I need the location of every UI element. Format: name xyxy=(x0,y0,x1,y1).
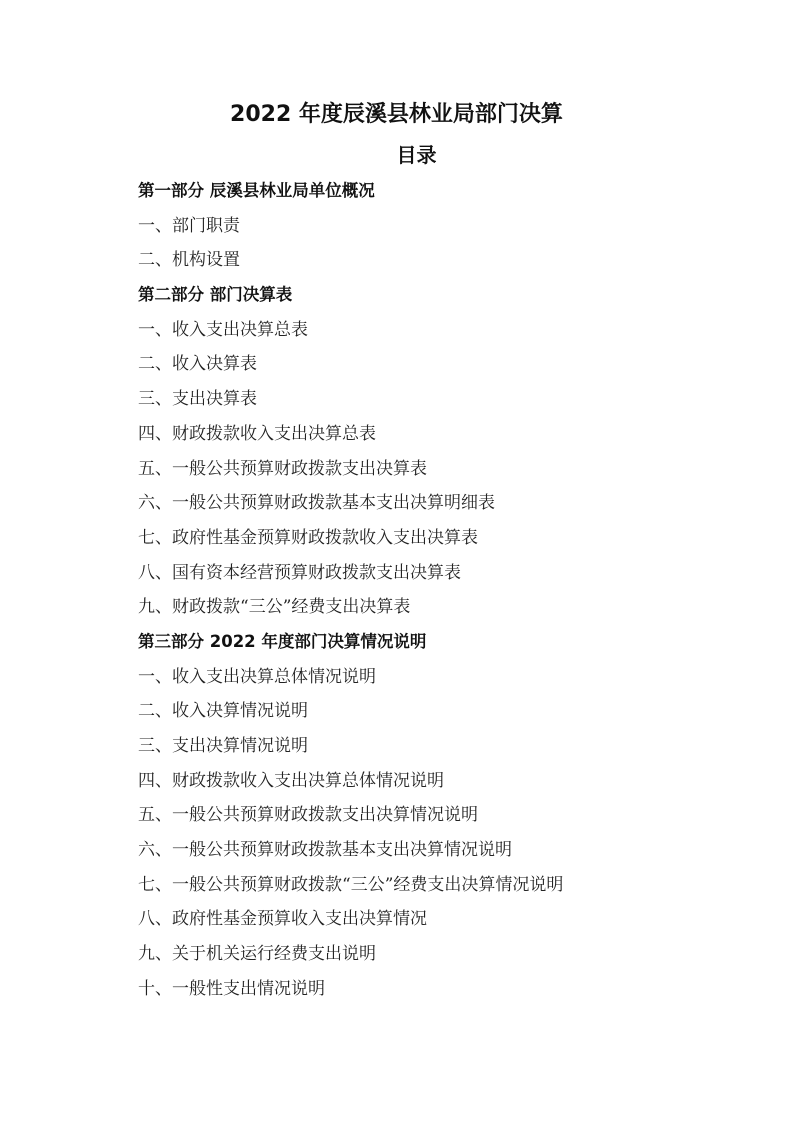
document-page: 2022 年度辰溪县林业局部门决算 目录 第一部分 辰溪县林业局单位概况 一、部… xyxy=(0,0,793,1122)
toc-item[interactable]: 一、部门职责 xyxy=(138,209,758,244)
toc-part-1-heading[interactable]: 第一部分 辰溪县林业局单位概况 xyxy=(138,174,758,209)
toc-item[interactable]: 五、一般公共预算财政拨款支出决算情况说明 xyxy=(138,798,758,833)
table-of-contents: 第一部分 辰溪县林业局单位概况 一、部门职责 二、机构设置 第二部分 部门决算表… xyxy=(138,174,758,1007)
toc-item[interactable]: 七、政府性基金预算财政拨款收入支出决算表 xyxy=(138,521,758,556)
toc-part-3-heading[interactable]: 第三部分 2022 年度部门决算情况说明 xyxy=(138,625,758,660)
toc-item[interactable]: 三、支出决算表 xyxy=(138,382,758,417)
toc-item[interactable]: 九、财政拨款“三公”经费支出决算表 xyxy=(138,590,758,625)
toc-item[interactable]: 二、收入决算情况说明 xyxy=(138,694,758,729)
toc-item[interactable]: 六、一般公共预算财政拨款基本支出决算明细表 xyxy=(138,486,758,521)
toc-item[interactable]: 一、收入支出决算总表 xyxy=(138,313,758,348)
toc-heading: 目录 xyxy=(0,140,793,170)
toc-item[interactable]: 九、关于机关运行经费支出说明 xyxy=(138,937,758,972)
toc-item[interactable]: 四、财政拨款收入支出决算总表 xyxy=(138,417,758,452)
toc-item[interactable]: 六、一般公共预算财政拨款基本支出决算情况说明 xyxy=(138,833,758,868)
toc-item[interactable]: 三、支出决算情况说明 xyxy=(138,729,758,764)
document-title: 2022 年度辰溪县林业局部门决算 xyxy=(0,100,793,130)
toc-item[interactable]: 十、一般性支出情况说明 xyxy=(138,972,758,1007)
toc-item[interactable]: 一、收入支出决算总体情况说明 xyxy=(138,660,758,695)
toc-item[interactable]: 二、机构设置 xyxy=(138,243,758,278)
toc-item[interactable]: 四、财政拨款收入支出决算总体情况说明 xyxy=(138,764,758,799)
toc-item[interactable]: 八、国有资本经营预算财政拨款支出决算表 xyxy=(138,556,758,591)
toc-item[interactable]: 七、一般公共预算财政拨款“三公”经费支出决算情况说明 xyxy=(138,868,758,903)
toc-item[interactable]: 五、一般公共预算财政拨款支出决算表 xyxy=(138,452,758,487)
toc-part-2-heading[interactable]: 第二部分 部门决算表 xyxy=(138,278,758,313)
toc-item[interactable]: 二、收入决算表 xyxy=(138,347,758,382)
toc-item[interactable]: 八、政府性基金预算收入支出决算情况 xyxy=(138,902,758,937)
